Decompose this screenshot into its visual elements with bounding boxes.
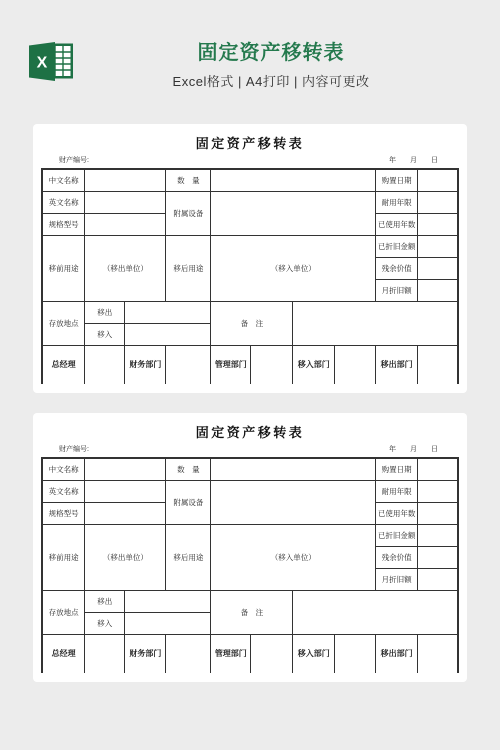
spec-model-input-cell — [85, 213, 166, 235]
english-name-input-cell — [85, 480, 166, 502]
page-subtitle: Excel格式 | A4打印 | 内容可更改 — [42, 74, 500, 90]
chinese-name-label: 中文名称 — [42, 458, 85, 480]
remarks-label: 备 注 — [211, 301, 293, 345]
english-name-input-cell — [85, 191, 166, 213]
signature-row: 总经理 财务部门 管理部门 移入部门 移出部门 — [42, 634, 458, 673]
page-title: 固定资产移转表 — [42, 41, 500, 65]
transfer-out-dept-sign-cell — [418, 634, 458, 673]
header-titles: 固定资产移转表 Excel格式 | A4打印 | 内容可更改 — [42, 41, 500, 90]
monthly-depreciation-input-cell — [418, 279, 458, 301]
chinese-name-input-cell — [85, 458, 166, 480]
move-in-input-cell — [125, 612, 211, 634]
years-used-input-cell — [418, 502, 458, 524]
form-meta-row: 财产编号: 年 月 日 — [41, 156, 459, 168]
english-name-label: 英文名称 — [42, 191, 85, 213]
signature-row: 总经理 财务部门 管理部门 移入部门 移出部门 — [42, 345, 458, 384]
asset-transfer-table: 中文名称 数 量 购置日期 英文名称 附属设备 耐用年限 规格型号 已使用年数 … — [41, 168, 459, 384]
purchase-date-input-cell — [418, 169, 458, 191]
attached-equipment-label: 附属设备 — [166, 480, 211, 524]
useful-life-label: 耐用年限 — [376, 480, 418, 502]
table-row: 英文名称 附属设备 耐用年限 — [42, 480, 458, 502]
purchase-date-input-cell — [418, 458, 458, 480]
general-manager-sign-cell — [85, 345, 125, 384]
date-label: 年 月 日 — [389, 445, 438, 454]
attached-equipment-input-cell — [211, 191, 376, 235]
table-row: 存放地点 移出 备 注 — [42, 301, 458, 323]
useful-life-input-cell — [418, 191, 458, 213]
depreciated-amount-label: 已折旧金额 — [376, 524, 418, 546]
useful-life-input-cell — [418, 480, 458, 502]
residual-value-label: 残余价值 — [376, 546, 418, 568]
form-title: 固定资产移转表 — [41, 420, 459, 445]
useful-life-label: 耐用年限 — [376, 191, 418, 213]
page: { "page": { "background_color": "#ececec… — [0, 0, 500, 750]
finance-dept-label: 财务部门 — [125, 634, 166, 673]
finance-dept-sign-cell — [166, 634, 211, 673]
property-no-label: 财产编号: — [59, 445, 89, 454]
depreciated-amount-input-cell — [418, 235, 458, 257]
spec-model-label: 规格型号 — [42, 213, 85, 235]
transfer-out-unit-cell: （移出单位） — [85, 235, 166, 301]
table-row: 移前用途 （移出单位） 移后用途 （移入单位） 已折旧金额 — [42, 235, 458, 257]
attached-equipment-input-cell — [211, 480, 376, 524]
english-name-label: 英文名称 — [42, 480, 85, 502]
spec-model-input-cell — [85, 502, 166, 524]
residual-value-label: 残余价值 — [376, 257, 418, 279]
residual-value-input-cell — [418, 546, 458, 568]
purchase-date-label: 购置日期 — [376, 458, 418, 480]
move-out-input-cell — [125, 590, 211, 612]
storage-location-label: 存放地点 — [42, 590, 85, 634]
use-after-transfer-label: 移后用途 — [166, 235, 211, 301]
table-row: 英文名称 附属设备 耐用年限 — [42, 191, 458, 213]
monthly-depreciation-input-cell — [418, 568, 458, 590]
use-before-transfer-label: 移前用途 — [42, 524, 85, 590]
depreciated-amount-label: 已折旧金额 — [376, 235, 418, 257]
move-in-input-cell — [125, 323, 211, 345]
template-preview-card-2[interactable]: 固定资产移转表 财产编号: 年 月 日 中文名称 数 量 购置日期 英文名称 附… — [33, 413, 467, 682]
chinese-name-input-cell — [85, 169, 166, 191]
svg-text:X: X — [37, 55, 48, 72]
years-used-input-cell — [418, 213, 458, 235]
table-row: 存放地点 移出 备 注 — [42, 590, 458, 612]
transfer-out-dept-sign-cell — [418, 345, 458, 384]
management-dept-sign-cell — [251, 634, 293, 673]
finance-dept-sign-cell — [166, 345, 211, 384]
move-out-label: 移出 — [85, 590, 125, 612]
use-before-transfer-label: 移前用途 — [42, 235, 85, 301]
remarks-input-cell — [293, 301, 458, 345]
quantity-input-cell — [211, 169, 376, 191]
move-out-label: 移出 — [85, 301, 125, 323]
monthly-depreciation-label: 月折旧额 — [376, 568, 418, 590]
chinese-name-label: 中文名称 — [42, 169, 85, 191]
transfer-out-unit-cell: （移出单位） — [85, 524, 166, 590]
years-used-label: 已使用年数 — [376, 213, 418, 235]
management-dept-label: 管理部门 — [211, 634, 251, 673]
attached-equipment-label: 附属设备 — [166, 191, 211, 235]
asset-transfer-table: 中文名称 数 量 购置日期 英文名称 附属设备 耐用年限 规格型号 已使用年数 … — [41, 457, 459, 673]
transfer-in-dept-sign-cell — [335, 634, 376, 673]
remarks-input-cell — [293, 590, 458, 634]
storage-location-label: 存放地点 — [42, 301, 85, 345]
move-out-input-cell — [125, 301, 211, 323]
general-manager-label: 总经理 — [42, 634, 85, 673]
finance-dept-label: 财务部门 — [125, 345, 166, 384]
move-in-label: 移入 — [85, 323, 125, 345]
quantity-label: 数 量 — [166, 169, 211, 191]
monthly-depreciation-label: 月折旧额 — [376, 279, 418, 301]
transfer-out-dept-label: 移出部门 — [376, 634, 418, 673]
template-preview-card-1[interactable]: 固定资产移转表 财产编号: 年 月 日 中文名称 数 量 购置日期 英文名称 附… — [33, 124, 467, 393]
management-dept-label: 管理部门 — [211, 345, 251, 384]
page-header: X 固定资产移转表 Excel格式 | A4打印 | 内容可更改 — [0, 0, 500, 90]
transfer-in-unit-cell: （移入单位） — [211, 524, 376, 590]
property-no-label: 财产编号: — [59, 156, 89, 165]
purchase-date-label: 购置日期 — [376, 169, 418, 191]
table-row: 中文名称 数 量 购置日期 — [42, 458, 458, 480]
transfer-in-unit-cell: （移入单位） — [211, 235, 376, 301]
transfer-in-dept-label: 移入部门 — [293, 634, 335, 673]
management-dept-sign-cell — [251, 345, 293, 384]
transfer-out-dept-label: 移出部门 — [376, 345, 418, 384]
quantity-input-cell — [211, 458, 376, 480]
depreciated-amount-input-cell — [418, 524, 458, 546]
residual-value-input-cell — [418, 257, 458, 279]
general-manager-label: 总经理 — [42, 345, 85, 384]
form-title: 固定资产移转表 — [41, 131, 459, 156]
use-after-transfer-label: 移后用途 — [166, 524, 211, 590]
years-used-label: 已使用年数 — [376, 502, 418, 524]
excel-icon: X — [29, 41, 75, 82]
remarks-label: 备 注 — [211, 590, 293, 634]
spec-model-label: 规格型号 — [42, 502, 85, 524]
move-in-label: 移入 — [85, 612, 125, 634]
table-row: 中文名称 数 量 购置日期 — [42, 169, 458, 191]
quantity-label: 数 量 — [166, 458, 211, 480]
transfer-in-dept-label: 移入部门 — [293, 345, 335, 384]
transfer-in-dept-sign-cell — [335, 345, 376, 384]
table-row: 移前用途 （移出单位） 移后用途 （移入单位） 已折旧金额 — [42, 524, 458, 546]
date-label: 年 月 日 — [389, 156, 438, 165]
general-manager-sign-cell — [85, 634, 125, 673]
form-meta-row: 财产编号: 年 月 日 — [41, 445, 459, 457]
